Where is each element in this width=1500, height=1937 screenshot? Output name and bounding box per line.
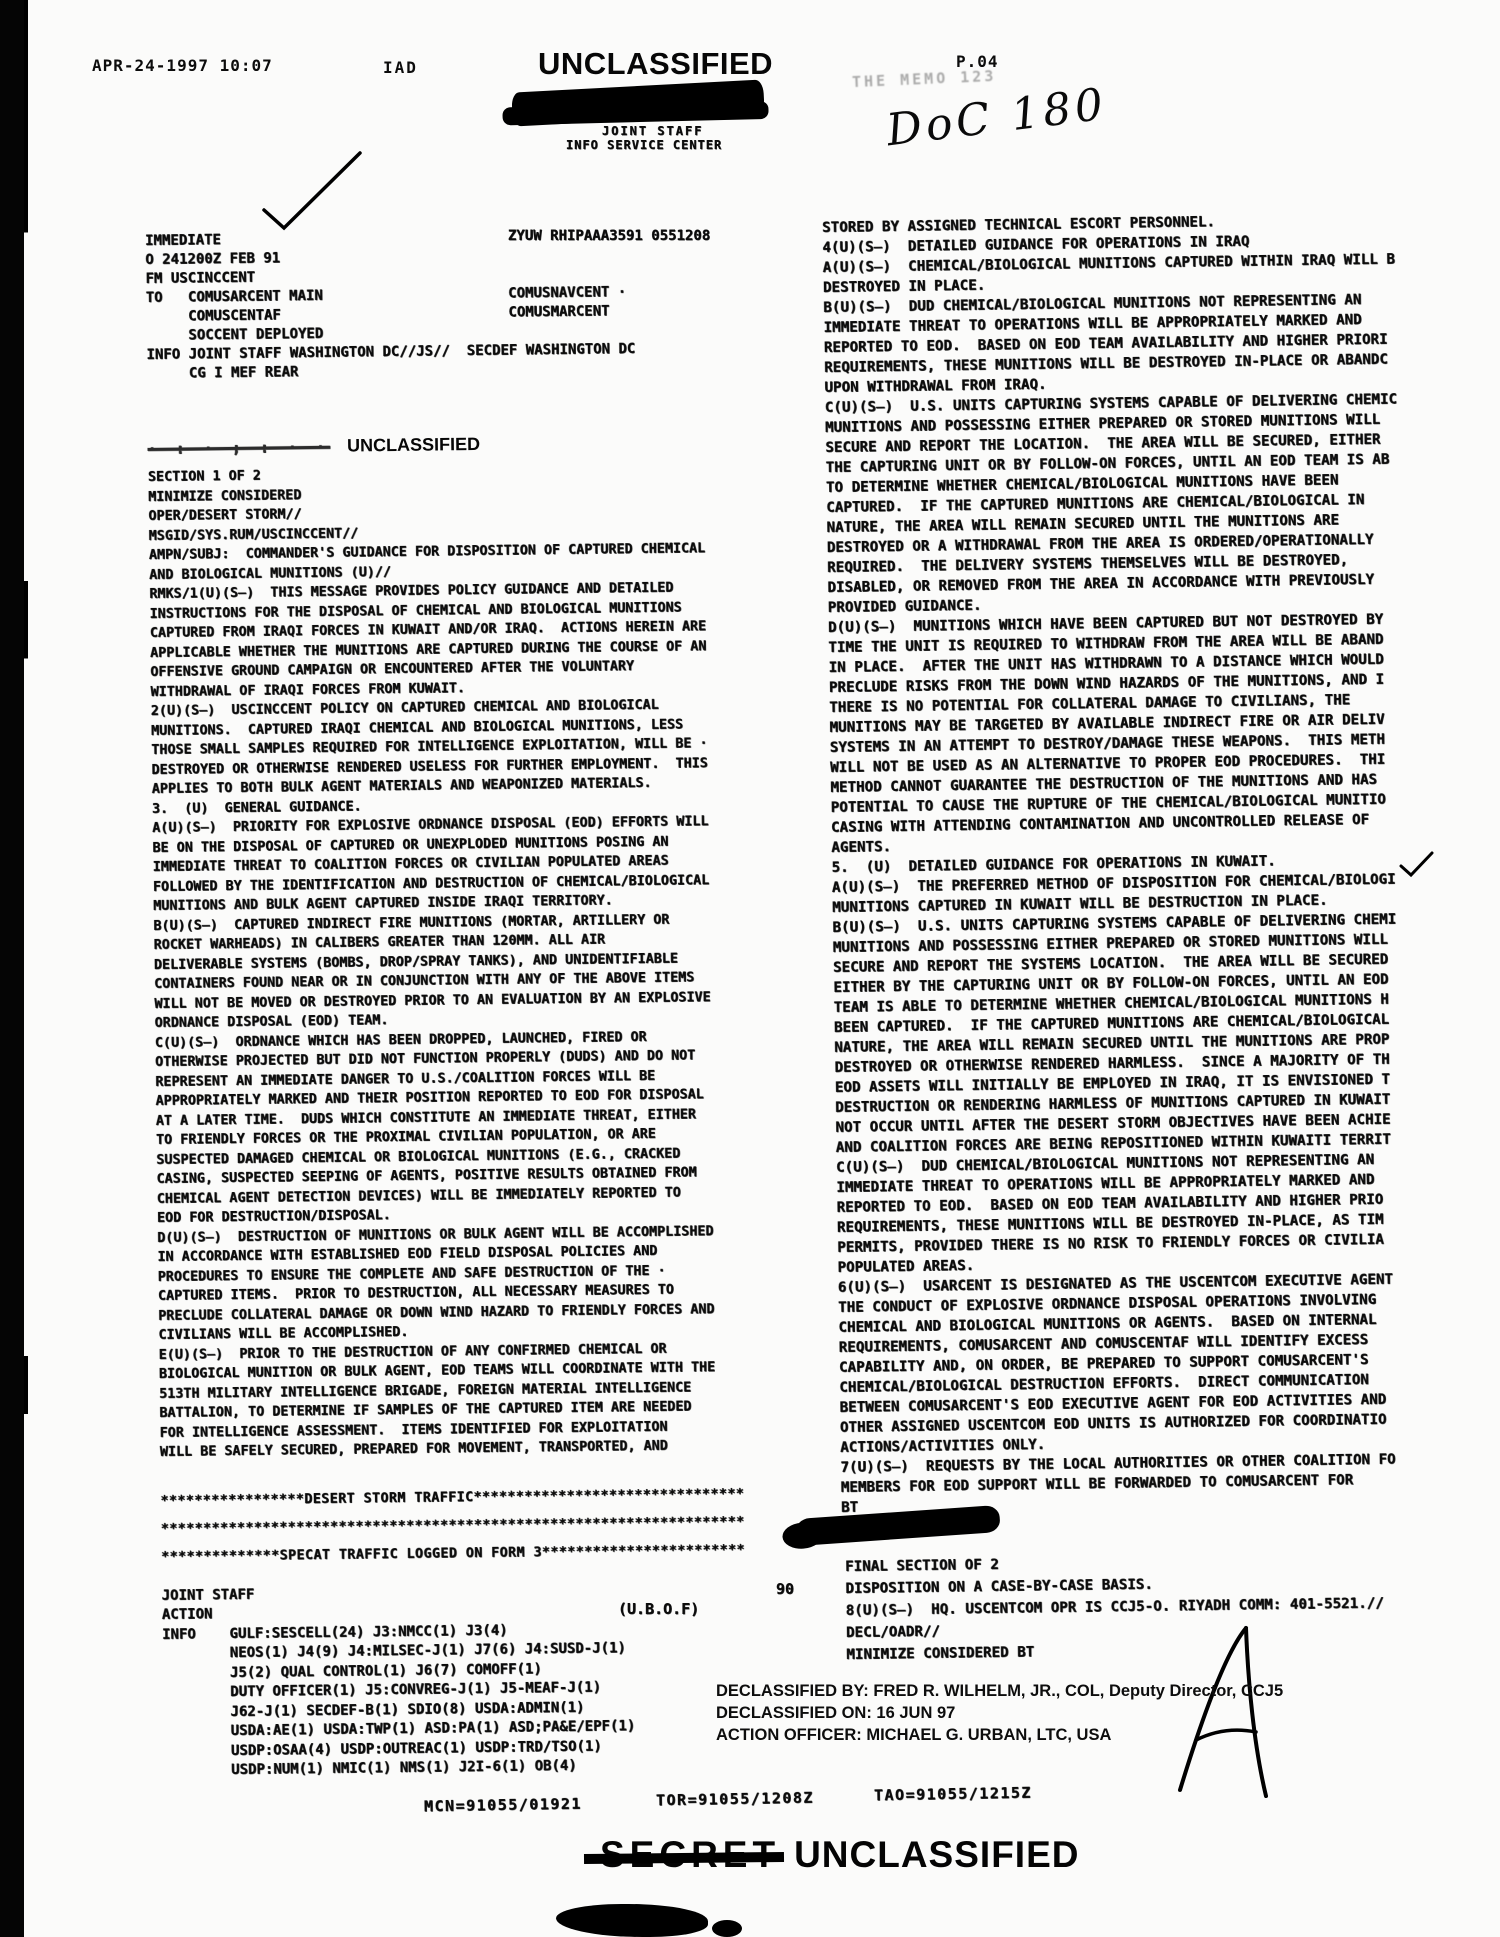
struck-secret-text: · : · ; : · · — [148, 438, 331, 458]
info-distribution-lines: INFO GULF:SESCELL(24) J3:NMCC(1) J3(4) N… — [162, 1618, 749, 1781]
right-column: STORED BY ASSIGNED TECHNICAL ESCORT PERS… — [822, 209, 1441, 1518]
message-body-left: SECTION 1 OF 2 MINIMIZE CONSIDERED OPER/… — [148, 461, 745, 1463]
routing-header-block: IMMEDIATE O 241200Z FEB 91 FM USCINCCENT… — [145, 225, 732, 384]
mcn-number: MCN=91055/01921 — [424, 1795, 582, 1816]
struck-secret-footer: SECRET — [600, 1834, 780, 1875]
copy-count: 90 — [776, 1580, 794, 1598]
final-section-lines: FINAL SECTION OF 2 DISPOSITION ON A CASE… — [845, 1548, 1385, 1666]
handwritten-doc-number: DoC 180 — [884, 79, 1110, 157]
faint-pencil-note: THE MEMO 123 — [852, 67, 997, 91]
declassification-block: DECLASSIFIED BY: FRED R. WILHELM, JR., C… — [716, 1680, 1283, 1746]
distribution-code: (U.B.O.F) — [618, 1600, 699, 1618]
redacted-secret-stamp — [511, 79, 764, 126]
scanned-document-page: APR-24-1997 10:07 IAD P.04 UNCLASSIFIED … — [0, 0, 1500, 1937]
declassified-by-line: DECLASSIFIED BY: FRED R. WILHELM, JR., C… — [716, 1680, 1283, 1702]
unclassified-label: UNCLASSIFIED — [347, 434, 480, 456]
declassified-on-line: DECLASSIFIED ON: 16 JUN 97 — [716, 1702, 1283, 1724]
fax-date-time: APR-24-1997 10:07 — [92, 56, 273, 75]
footer-classification: SECRETUNCLASSIFIED — [600, 1834, 1079, 1876]
message-body-right: STORED BY ASSIGNED TECHNICAL ESCORT PERS… — [822, 209, 1441, 1518]
unclassified-footer: UNCLASSIFIED — [794, 1834, 1079, 1875]
action-officer-line: ACTION OFFICER: MICHAEL G. URBAN, LTC, U… — [716, 1724, 1283, 1746]
scan-edge-strip — [0, 0, 24, 1937]
scan-ink-blob — [556, 1904, 708, 1937]
fax-station-id: IAD — [383, 58, 418, 77]
checkmark-annotation-top — [256, 146, 368, 238]
unclassified-stamp: UNCLASSIFIED — [538, 46, 773, 82]
tor-number: TOR=91055/1208Z — [656, 1789, 814, 1810]
info-service-center-stamp-line: INFO SERVICE CENTER — [566, 138, 722, 152]
joint-staff-stamp-line: JOINT STAFF — [602, 124, 703, 138]
scan-ink-blob-small — [712, 1920, 742, 1937]
desert-storm-traffic-banner: *****************DESERT STORM TRAFFIC***… — [160, 1480, 746, 1571]
right-column-final-section: FINAL SECTION OF 2 DISPOSITION ON A CASE… — [845, 1548, 1385, 1666]
redaction-bar — [795, 1505, 1000, 1546]
classification-line: · : · ; : · · UNCLASSIFIED — [148, 431, 733, 464]
left-column: IMMEDIATE O 241200Z FEB 91 FM USCINCCENT… — [145, 225, 749, 1782]
tao-number: TAO=91055/1215Z — [874, 1784, 1032, 1805]
